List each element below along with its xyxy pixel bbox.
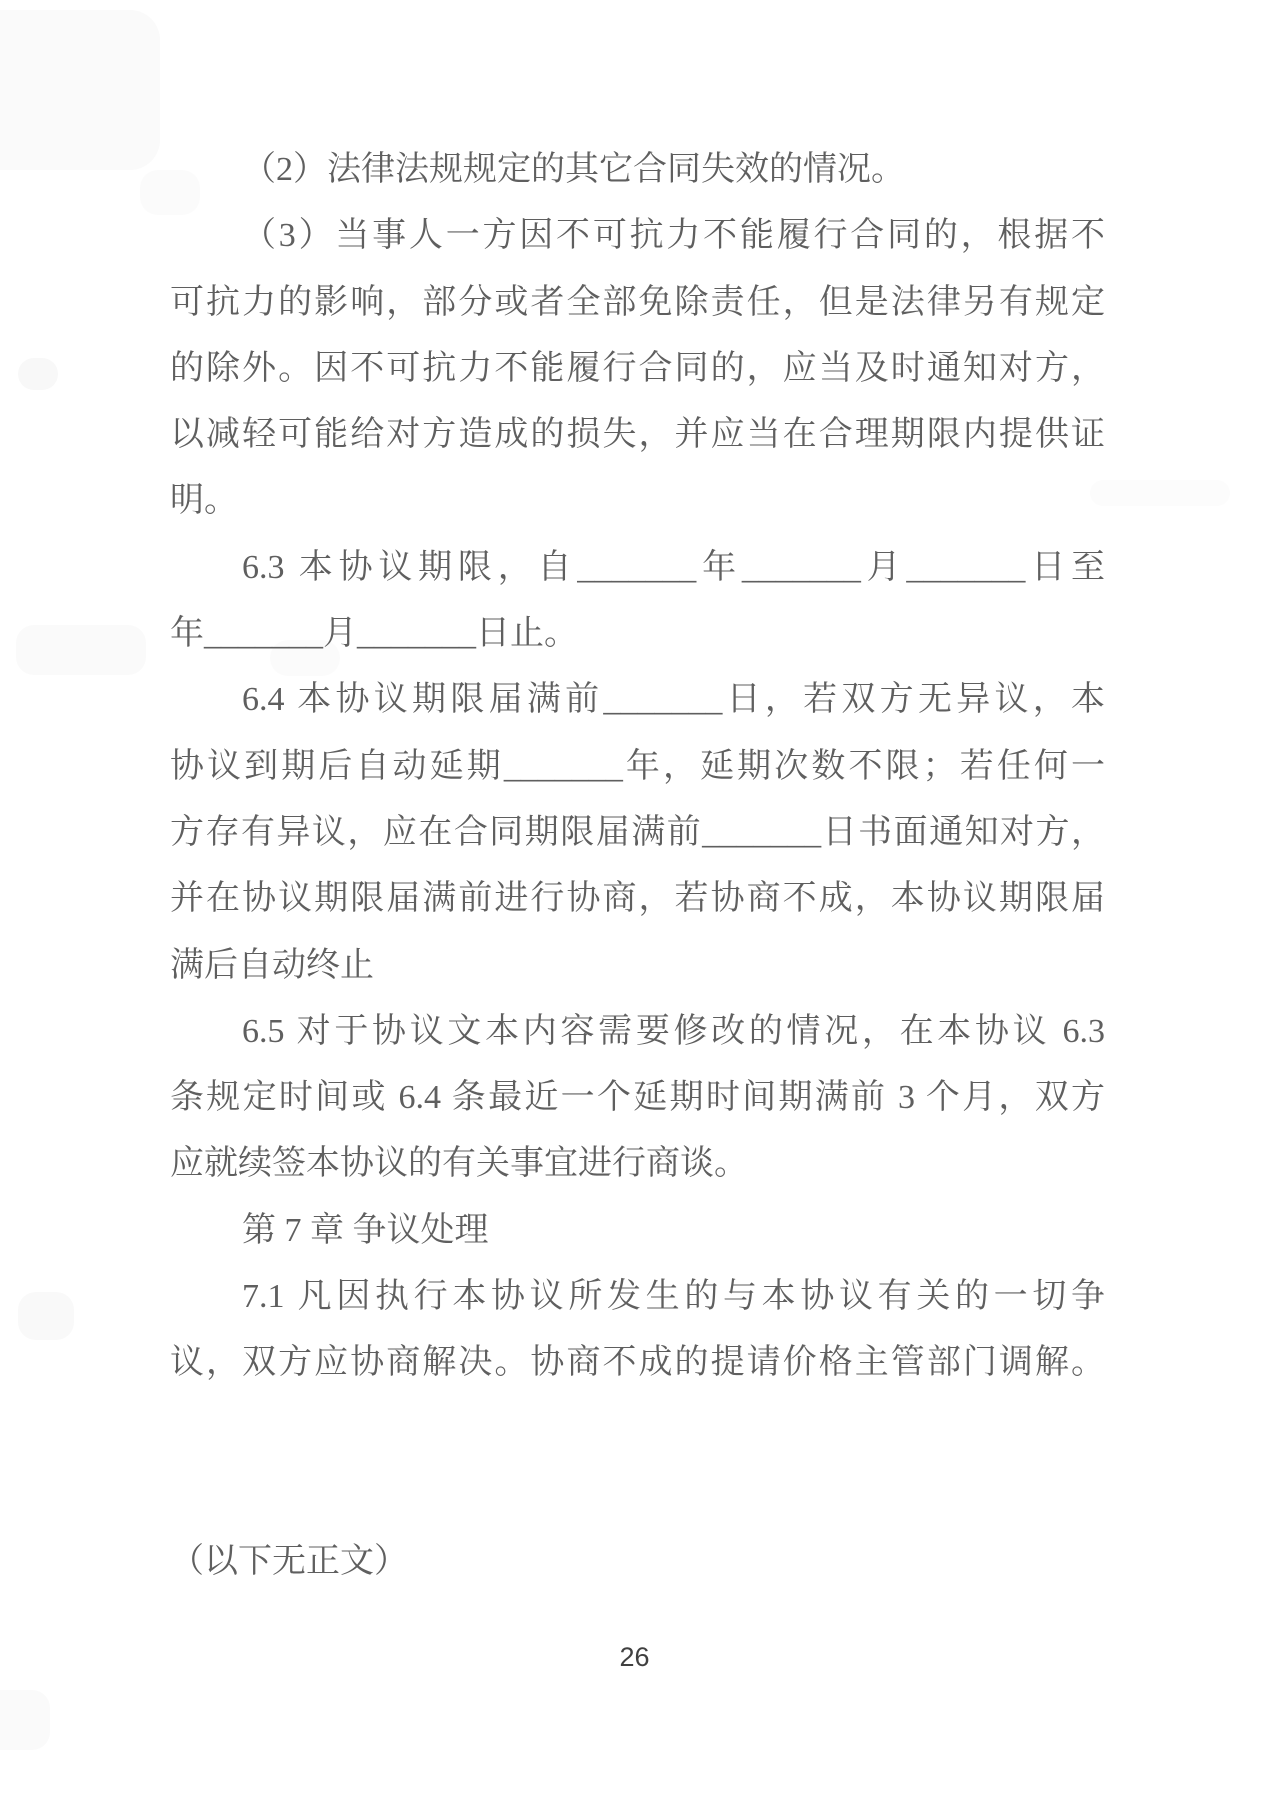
scan-artifact	[0, 1690, 50, 1750]
page-number: 26	[0, 1642, 1269, 1673]
clause-6-4-line: 方存有异议，应在合同期限届满前_______日书面通知对方，	[170, 800, 1105, 866]
clause-6-2-item-2-line: （2）法律法规规定的其它合同失效的情况。	[170, 137, 1105, 203]
contract-body: （2）法律法规规定的其它合同失效的情况。 （3）当事人一方因不可抗力不能履行合同…	[170, 137, 1105, 1596]
scan-artifact	[0, 10, 160, 170]
clause-7-1-line: 7.1 凡因执行本协议所发生的与本协议有关的一切争	[170, 1264, 1105, 1330]
clause-7-1-line: 议，双方应协商解决。协商不成的提请价格主管部门调解。	[170, 1330, 1105, 1396]
blank-line	[170, 1463, 1105, 1529]
scan-artifact	[18, 358, 58, 390]
clause-6-3-line: 年_______月_______日止。	[170, 601, 1105, 667]
clause-6-4-line: 6.4 本协议期限届满前_______日，若双方无异议，本	[170, 667, 1105, 733]
blank-line	[170, 1397, 1105, 1463]
scan-artifact	[18, 1292, 74, 1340]
scan-artifact	[16, 625, 146, 675]
clause-6-4-line: 并在协议期限届满前进行协商，若协商不成，本协议期限届	[170, 866, 1105, 932]
scan-artifact	[1090, 480, 1230, 506]
chapter-7-heading: 第 7 章 争议处理	[170, 1198, 1105, 1264]
clause-6-5-line: 6.5 对于协议文本内容需要修改的情况，在本协议 6.3	[170, 999, 1105, 1065]
clause-6-2-item-3-line: 以减轻可能给对方造成的损失，并应当在合理期限内提供证	[170, 402, 1105, 468]
closing-note: （以下无正文）	[170, 1529, 1105, 1595]
clause-6-4-line: 满后自动终止	[170, 933, 1105, 999]
clause-6-2-item-3-line: 可抗力的影响，部分或者全部免除责任，但是法律另有规定	[170, 270, 1105, 336]
document-page: （2）法律法规规定的其它合同失效的情况。 （3）当事人一方因不可抗力不能履行合同…	[0, 0, 1269, 1794]
clause-6-3-line: 6.3 本协议期限，自_______年_______月_______日至	[170, 535, 1105, 601]
clause-6-2-item-3-line: 明。	[170, 468, 1105, 534]
clause-6-5-line: 条规定时间或 6.4 条最近一个延期时间期满前 3 个月，双方	[170, 1065, 1105, 1131]
clause-6-2-item-3-line: 的除外。因不可抗力不能履行合同的，应当及时通知对方，	[170, 336, 1105, 402]
clause-6-2-item-3-line: （3）当事人一方因不可抗力不能履行合同的，根据不	[170, 203, 1105, 269]
clause-6-5-line: 应就续签本协议的有关事宜进行商谈。	[170, 1131, 1105, 1197]
clause-6-4-line: 协议到期后自动延期_______年，延期次数不限；若任何一	[170, 734, 1105, 800]
